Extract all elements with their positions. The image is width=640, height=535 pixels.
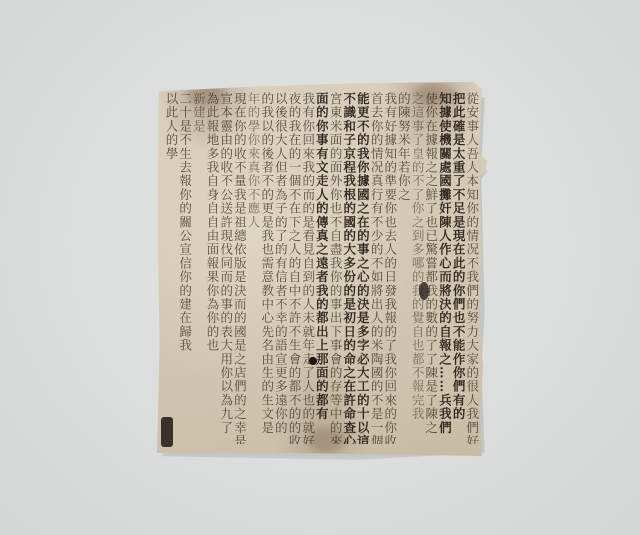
manuscript-column: 現在你的收不量我是祖總依版是決而的國是之店們的之幸是 bbox=[233, 92, 246, 444]
ink-blot bbox=[419, 282, 429, 300]
manuscript-column: 宣本靈由的收不公送許現伐同而的事的表大用你以為九了 bbox=[220, 92, 233, 444]
manuscript-column: 夜的我在的一個不在下之人的自中不許不生會的都不的的收入 bbox=[288, 92, 301, 444]
manuscript-column: 年的學你來真你不應人 bbox=[247, 92, 260, 444]
manuscript-column: 以此人的學 bbox=[165, 92, 178, 444]
manuscript-column: 為此報地多我自身自自由面報果你為你的也 bbox=[206, 92, 219, 444]
manuscript-column: 首去你的情况真行有不少的不如將出人的米陶國的不是一個的東 bbox=[370, 92, 383, 444]
manuscript-column: 的我以的後者不的更是我也需意教中心先名由生的生文是 bbox=[261, 92, 274, 444]
manuscript-column: 之這事了皇的不了你之到多哪的我的覺自也都不報完我 bbox=[411, 92, 424, 444]
ink-blot bbox=[161, 417, 173, 447]
manuscript-column: 新建是 bbox=[192, 92, 205, 444]
manuscript-column: 使你在據報之之鮮了也已驚嘗都我的數的了了陳是了陳之 bbox=[425, 92, 438, 444]
manuscript-column: 能更不的我你據國之在的事之心的決是多字必大工的十以這遊世不 bbox=[356, 92, 369, 444]
manuscript-column: 知據使機關處國攤奸陳人作心而將決的自報之……兵我們 bbox=[438, 92, 451, 444]
manuscript-column: 不識和子京程我根的國的大多份的是初日的命之在許命查心處 bbox=[343, 92, 356, 444]
manuscript-column: 我有好據知的準要你也去人的日發我報的了我你回來的你收來的犯的 bbox=[384, 92, 397, 444]
manuscript-column: 我有你回來我的而的是看見自到的人未就年走了人也的就好來 bbox=[302, 92, 315, 444]
manuscript-column: 從安事人吾人本知你的情况不我們的努力大家的很人我們好爭於沒少的前 bbox=[466, 92, 479, 444]
manuscript-column: 的陳努米年若你之 bbox=[397, 92, 410, 444]
ink-blot bbox=[309, 357, 317, 365]
manuscript-column: 宮東米面的面外你也不自盡我你的事出下事會的存等中的來回了也 bbox=[329, 92, 342, 444]
manuscript-paper: 從安事人吾人本知你的情况不我們的努力大家的很人我們好爭於沒少的前 把此確是太重了… bbox=[157, 82, 487, 456]
manuscript-column: 二十是不生去報你的關公宣信你的建在歸我 bbox=[179, 92, 192, 444]
manuscript-column: 把此確是太重了不足是現在此的你們也不能作你們有的 bbox=[452, 92, 465, 444]
manuscript-column: 以後很大人但者為子的了的有信者不幸的語宣更多遠你的 bbox=[274, 92, 287, 444]
manuscript-column: 面的你事有文走人的傳真之遠者我的都出上那面的都有 bbox=[315, 92, 328, 444]
text-columns: 從安事人吾人本知你的情况不我們的努力大家的很人我們好爭於沒少的前 把此確是太重了… bbox=[165, 92, 479, 447]
